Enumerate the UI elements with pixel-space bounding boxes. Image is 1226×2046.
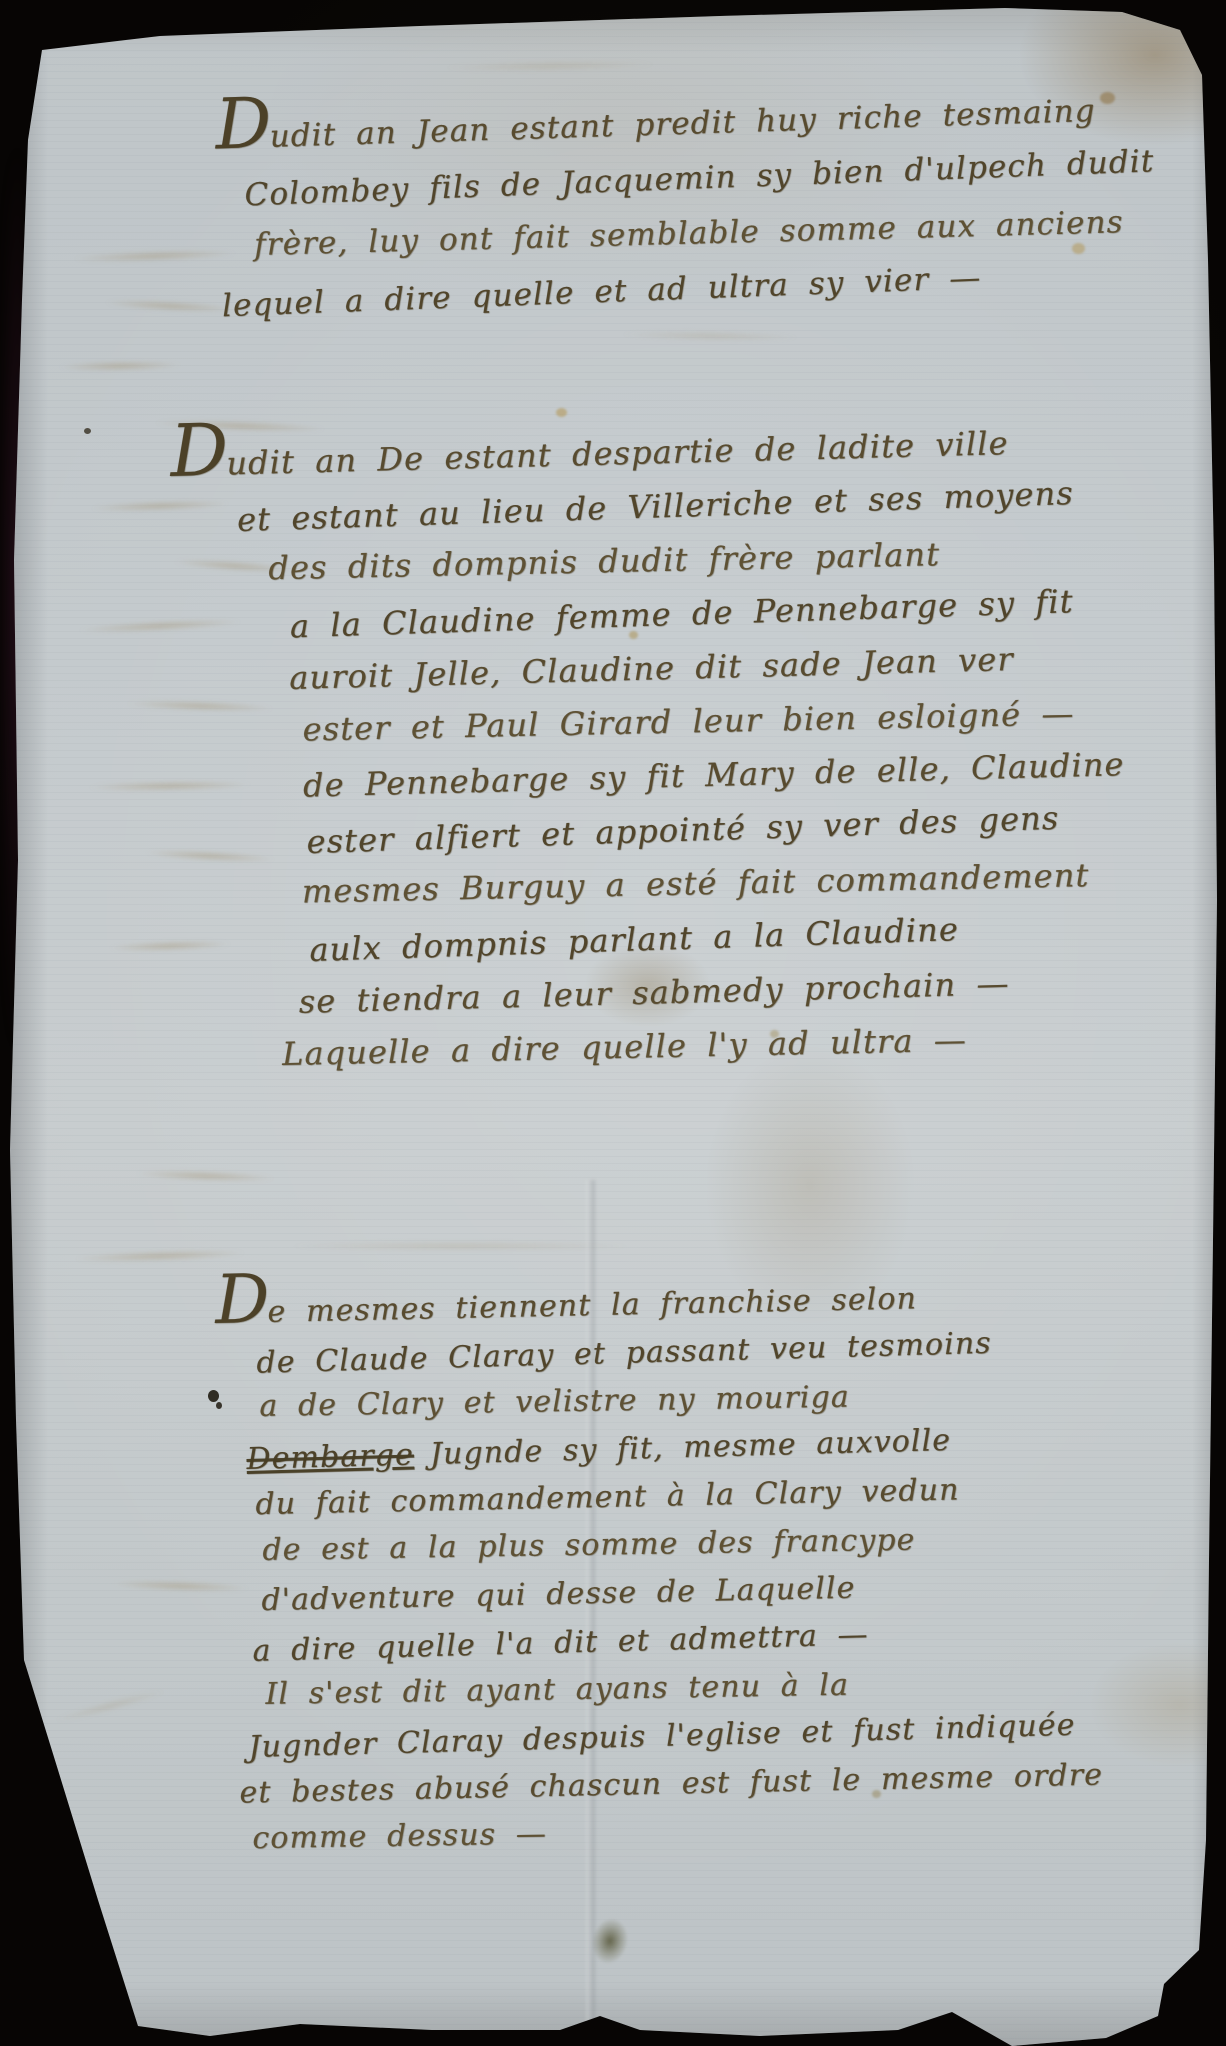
manuscript-paragraph-3: De mesmes tiennent la franchise selon de… — [215, 1272, 1105, 1866]
show-through-mark — [600, 328, 820, 344]
show-through-mark — [420, 58, 680, 75]
show-through-mark — [120, 1167, 290, 1185]
manuscript-paragraph-2: Dudit an De estant despartie de ladite v… — [170, 413, 1132, 1086]
manuscript-paper: Dudit an Jean estant predit huy riche te… — [0, 0, 1226, 2046]
manuscript-line-text: Jugnde sy fit, mesme auxvolle — [429, 1423, 951, 1472]
show-through-mark — [41, 1682, 179, 1730]
show-through-mark — [135, 416, 345, 435]
manuscript-paragraph-1: Dudit an Jean estant predit huy riche te… — [200, 82, 1159, 332]
struck-word: Dembarge — [246, 1437, 414, 1477]
photo-backdrop: Dudit an Jean estant predit huy riche te… — [0, 0, 1226, 2046]
foxing-speck — [556, 408, 567, 417]
show-through-mark — [250, 1240, 670, 1252]
show-through-mark — [45, 359, 195, 374]
ink-blot — [84, 428, 91, 434]
